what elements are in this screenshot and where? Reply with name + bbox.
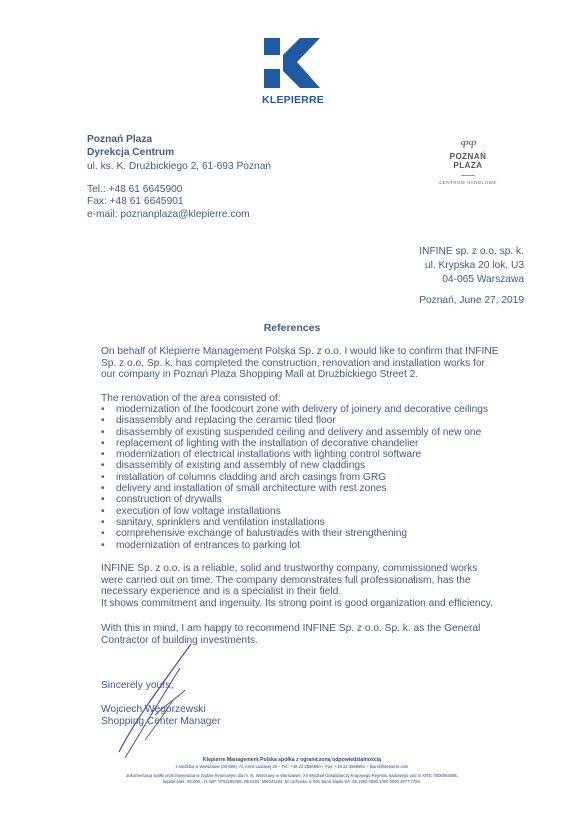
recipient-street: ul. Krypska 20 lok. U3 [419,259,524,273]
list-item: •sanitary, sprinklers and ventilation in… [101,517,488,528]
sender-name: Poznań Plaza [87,134,271,147]
list-item: •construction of drywalls [101,494,488,505]
list-item: •replacement of lighting with the instal… [101,438,488,449]
footer-capital: kapitał zakł.: 50.000,- zł, NIP: 9762195… [0,779,584,784]
footer-address: z siedzibą w Warszawie (00-609), Al. Arm… [0,764,584,769]
letter-date: Poznań, June 27, 2019 [419,295,524,306]
logo-divider [461,175,475,176]
sender-fax: Fax: +48 61 6645901 [87,196,271,209]
list-item: •delivery and installation of small arch… [101,483,488,494]
recipient-block: INFINE sp. z o.o. sp. k. ul. Krypska 20 … [419,245,524,287]
list-item: •disassembly and replacing the ceramic t… [101,415,488,426]
poznan-plaza-symbol-icon: ዋዋ [428,136,508,152]
list-item: •comprehensive exchange of balustrades w… [101,528,488,539]
poznan-plaza-line2: PLAZA [428,161,508,170]
footer-registry: dokumentacja spółki przechowywana w Sądz… [0,773,584,778]
paragraph-assessment: INFINE Sp. z o.o. is a reliable, solid a… [101,563,501,609]
works-list: •modernization of the foodcourt zone wit… [101,404,488,551]
sender-block: Poznań Plaza Dyrekcja Centrum ul. ks. K.… [87,134,271,221]
footer-company: Klepierre Management Polska spółka z ogr… [0,757,584,763]
list-item: •installation of columns cladding and ar… [101,472,488,483]
klepierre-logo-icon [264,38,320,88]
sender-address: ul. ks. K. Drużbickiego 2, 61-693 Poznań [87,161,271,174]
sender-department: Dyrekcja Centrum [87,147,271,160]
sender-email[interactable]: e-mail: poznanplaza@klepierre.com [87,209,271,222]
list-item: •modernization of electrical installatio… [101,449,488,460]
signature-icon [105,640,205,760]
list-item: •modernization of entrances to parking l… [101,540,488,551]
list-item: •disassembly of existing suspended ceili… [101,427,488,438]
sender-tel: Tel.: +48 61 6645900 [87,184,271,197]
list-item: •execution of low voltage installations [101,506,488,517]
letter-title: References [0,322,584,334]
list-intro: The renovation of the area consisted of: [101,393,501,405]
klepierre-wordmark: KLEPIERRE [262,94,324,106]
poznan-plaza-logo: ዋዋ POZNAŃ PLAZA CENTRUM HANDLOWE [428,136,508,185]
poznan-plaza-line1: POZNAŃ [428,152,508,161]
paragraph-intro: On behalf of Klepierre Management Polska… [101,346,501,381]
recipient-city: 04-065 Warszawa [419,273,524,287]
poznan-plaza-subtitle: CENTRUM HANDLOWE [428,180,508,185]
list-item: •disassembly of existing and assembly of… [101,460,488,471]
list-item: •modernization of the foodcourt zone wit… [101,404,488,415]
recipient-company: INFINE sp. z o.o. sp. k. [419,245,524,259]
